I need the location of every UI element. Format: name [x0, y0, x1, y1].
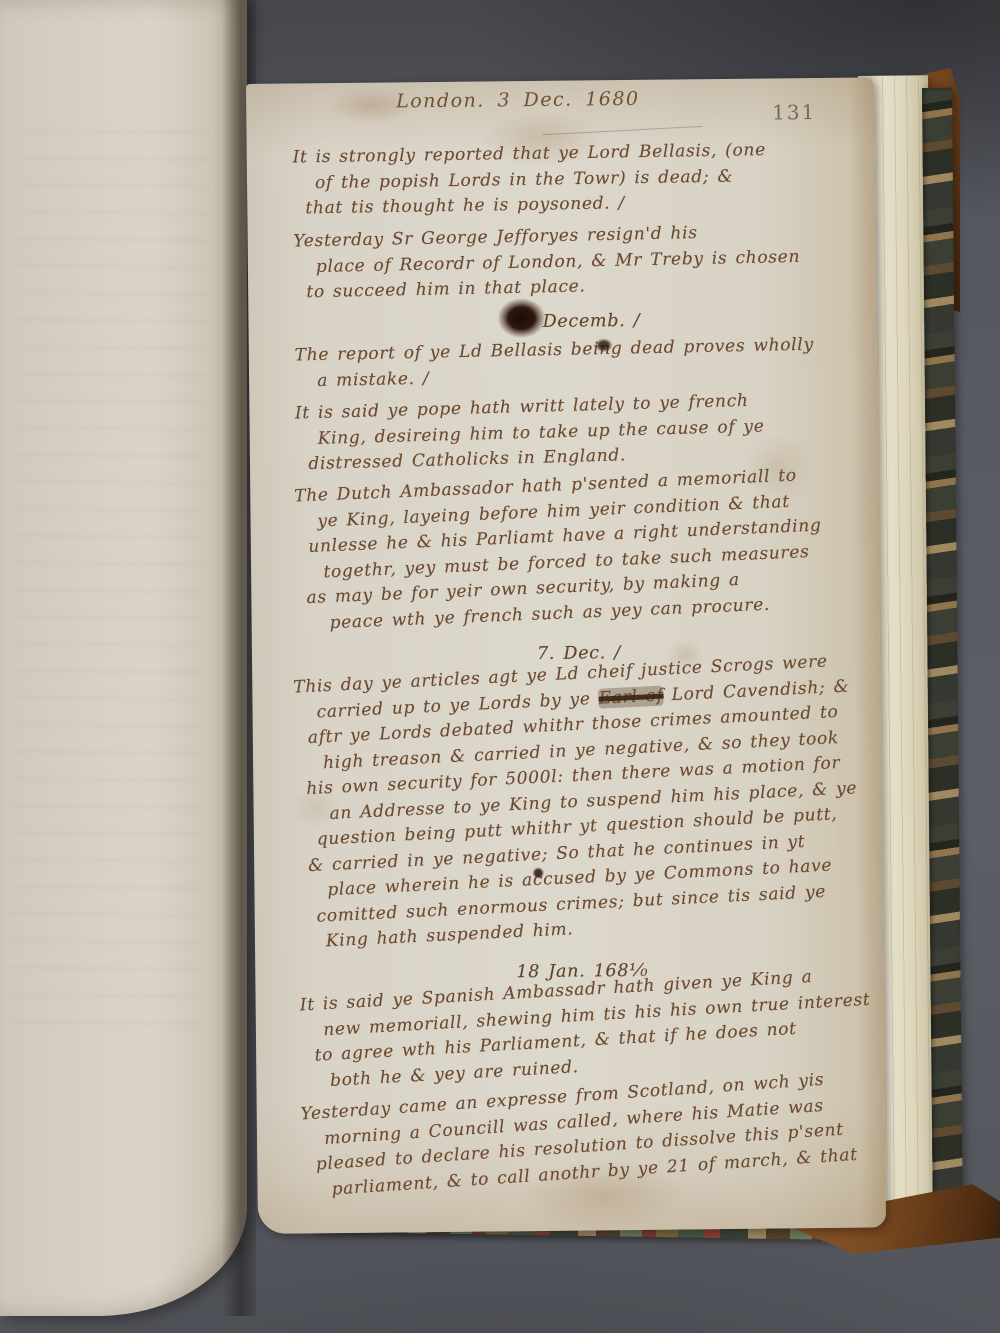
show-through-text: [9, 129, 208, 1031]
manuscript-page: London. 3 Dec. 1680 131 It is strongly r…: [246, 77, 886, 1234]
paper-crease: [543, 126, 703, 135]
paragraph: It is strongly reported that ye Lord Bel…: [292, 137, 855, 222]
folio-number: 131: [772, 100, 816, 124]
paragraph: The Dutch Ambassador hath p'sented a mem…: [294, 461, 862, 637]
manuscript-text: It is strongly reported that ye Lord Bel…: [293, 140, 866, 1211]
ink-blot-icon: [532, 867, 544, 879]
paragraph: Yesterday Sr George Jefforyes resign'd h…: [293, 217, 856, 305]
ink-blot-icon: [595, 338, 613, 352]
paragraph: This day ye articles agt ye Ld cheif jus…: [293, 648, 868, 956]
left-page: [0, 0, 247, 1316]
paragraph: The report of ye Ld Bellasis being dead …: [294, 331, 857, 394]
page-header-date: London. 3 Dec. 1680: [396, 88, 640, 113]
struck-text: Earl of: [598, 685, 664, 708]
photo-background: London. 3 Dec. 1680 131 It is strongly r…: [0, 0, 1000, 1333]
ink-blot-icon: [497, 298, 545, 339]
